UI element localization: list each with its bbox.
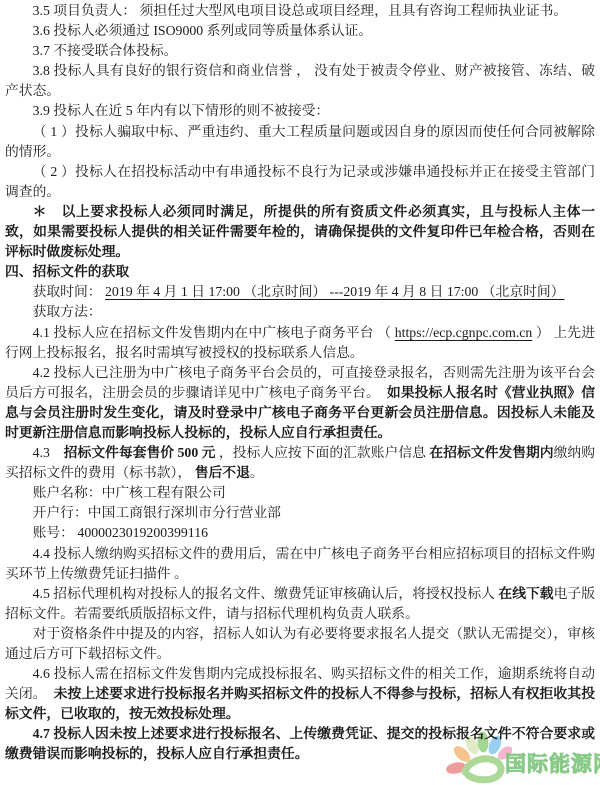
text-run: 。 [250, 465, 264, 480]
para-3-9-item-1: （ 1 ）投标人骗取中标、严重违约、重大工程质量问题或因自身的原因而使任何合同被… [5, 122, 595, 162]
para-4-4: 4.4 投标人缴纳购买招标文件的费用后，需在中广核电子商务平台相应招标项目的招标… [5, 544, 595, 584]
text-run: 4.1 投标人应在招标文件发售期内在中广核电子商务平台 （ [33, 325, 395, 340]
text-run: 获取方法： [33, 304, 102, 319]
text-run: 对于资格条件中提及的内容，招标人如认为有必要将要求报名人提交（默认无需提交），审… [5, 626, 595, 661]
text-run: 4.4 投标人缴纳购买招标文件的费用后，需在中广核电子商务平台相应招标项目的招标… [5, 546, 595, 581]
text-run: 3.7 不接受联合体投标。 [33, 43, 178, 58]
para-4-3: 4.3 招标文件每套售价 500 元 ，投标人应按下面的汇款账户信息 在招标文件… [5, 443, 595, 483]
para-3-9-item-2: （ 2 ）投标人在招投标活动中有串通投标不良行为记录或涉嫌串通投标并正在接受主管… [5, 162, 595, 202]
text-run: 四、招标文件的获取 [5, 264, 129, 279]
url-link[interactable]: https://ecp.cgnpc.com.cn [395, 325, 533, 340]
para-qualification-submit: 对于资格条件中提及的内容，招标人如认为有必要将要求报名人提交（默认无需提交），审… [5, 624, 595, 664]
para-bank: 开户行：中国工商银行深圳市分行营业部 [5, 503, 595, 523]
text-run: 账户名称：中广核工程有限公司 [33, 485, 226, 500]
para-account-number: 账号： 4000023019200399116 [5, 523, 595, 543]
para-obtain-method: 获取方法： [5, 302, 595, 322]
text-run: 在线下载 [498, 586, 553, 601]
para-3-9: 3.9 投标人在近 5 年内有以下情形的则不被接受： [5, 101, 595, 121]
text-run: 开户行：中国工商银行深圳市分行营业部 [33, 505, 281, 520]
heading-section-4: 四、招标文件的获取 [5, 262, 595, 282]
para-obtain-time: 获取时间： 2019 年 4 月 1 日 17:00 （北京时间） ---201… [5, 282, 595, 302]
text-run: 未按上述要求进行投标报名并购买招标文件的投标人不得参与投标，招标人有权拒收其投标… [5, 686, 595, 721]
text-run: 4.3 [33, 445, 64, 460]
para-3-7: 3.7 不接受联合体投标。 [5, 41, 595, 61]
para-3-6: 3.6 投标人必须通过 ISO9000 系列或同等质量体系认证。 [5, 21, 595, 41]
para-3-8: 3.8 投标人具有良好的银行资信和商业信誉 ， 没有处于被责令停业、财产被接管、… [5, 61, 595, 101]
text-run: 3.5 项目负责人： 须担任过大型风电项目设总或项目经理，且具有咨询工程师执业证… [33, 3, 568, 18]
text-run: 4.7 投标人因未按上述要求进行投标报名、上传缴费凭证、提交的投标报名文件不符合… [5, 726, 595, 761]
text-run: 2019 年 4 月 1 日 17:00 （北京时间） ---2019 年 4 … [105, 284, 565, 299]
tender-document-page: 国际能源网 3.5 项目负责人： 须担任过大型风电项目设总或项目经理，且具有咨询… [0, 0, 600, 785]
text-run: （ 2 ）投标人在招投标活动中有串通投标不良行为记录或涉嫌串通投标并正在接受主管… [5, 164, 595, 199]
para-4-5: 4.5 招标代理机构对投标人的报名文件、缴费凭证审核确认后，将授权投标人 在线下… [5, 584, 595, 624]
para-4-2: 4.2 投标人已注册为中广核电子商务平台会员的，可直接登录报名，否则需先注册为该… [5, 363, 595, 443]
text-run: （ 1 ）投标人骗取中标、严重违约、重大工程质量问题或因自身的原因而使任何合同被… [5, 124, 595, 159]
document-body: 3.5 项目负责人： 须担任过大型风电项目设总或项目经理，且具有咨询工程师执业证… [5, 1, 595, 765]
para-4-6: 4.6 投标人需在招标文件发售期内完成投标报名、购买招标文件的相关工作，逾期系统… [5, 664, 595, 724]
para-qualification-note: ＊ 以上要求投标人必须同时满足，所提供的所有资质文件必须真实，且与投标人主体一致… [5, 202, 595, 262]
para-4-7: 4.7 投标人因未按上述要求进行投标报名、上传缴费凭证、提交的投标报名文件不符合… [5, 724, 595, 764]
text-run: 账号： 4000023019200399116 [33, 525, 208, 540]
text-run: ，投标人应按下面的汇款账户信息 [215, 445, 429, 460]
text-run: 4.5 招标代理机构对投标人的报名文件、缴费凭证审核确认后，将授权投标人 [33, 586, 499, 601]
text-run: ＊ 以上要求投标人必须同时满足，所提供的所有资质文件必须真实，且与投标人主体一致… [5, 204, 595, 259]
text-run: 3.8 投标人具有良好的银行资信和商业信誉 ， 没有处于被责令停业、财产被接管、… [5, 63, 595, 98]
text-run: 在招标文件发售期内 [429, 445, 553, 460]
text-run: 获取时间： [33, 284, 105, 299]
para-3-5: 3.5 项目负责人： 须担任过大型风电项目设总或项目经理，且具有咨询工程师执业证… [5, 1, 595, 21]
text-run: 3.9 投标人在近 5 年内有以下情形的则不被接受： [33, 103, 330, 118]
text-run: 招标文件每套售价 500 元 [64, 445, 216, 460]
text-run: 3.6 投标人必须通过 ISO9000 系列或同等质量体系认证。 [33, 23, 373, 38]
text-run: 售后不退 [195, 465, 250, 480]
para-4-1: 4.1 投标人应在招标文件发售期内在中广核电子商务平台 （ https://ec… [5, 323, 595, 363]
para-account-name: 账户名称：中广核工程有限公司 [5, 483, 595, 503]
